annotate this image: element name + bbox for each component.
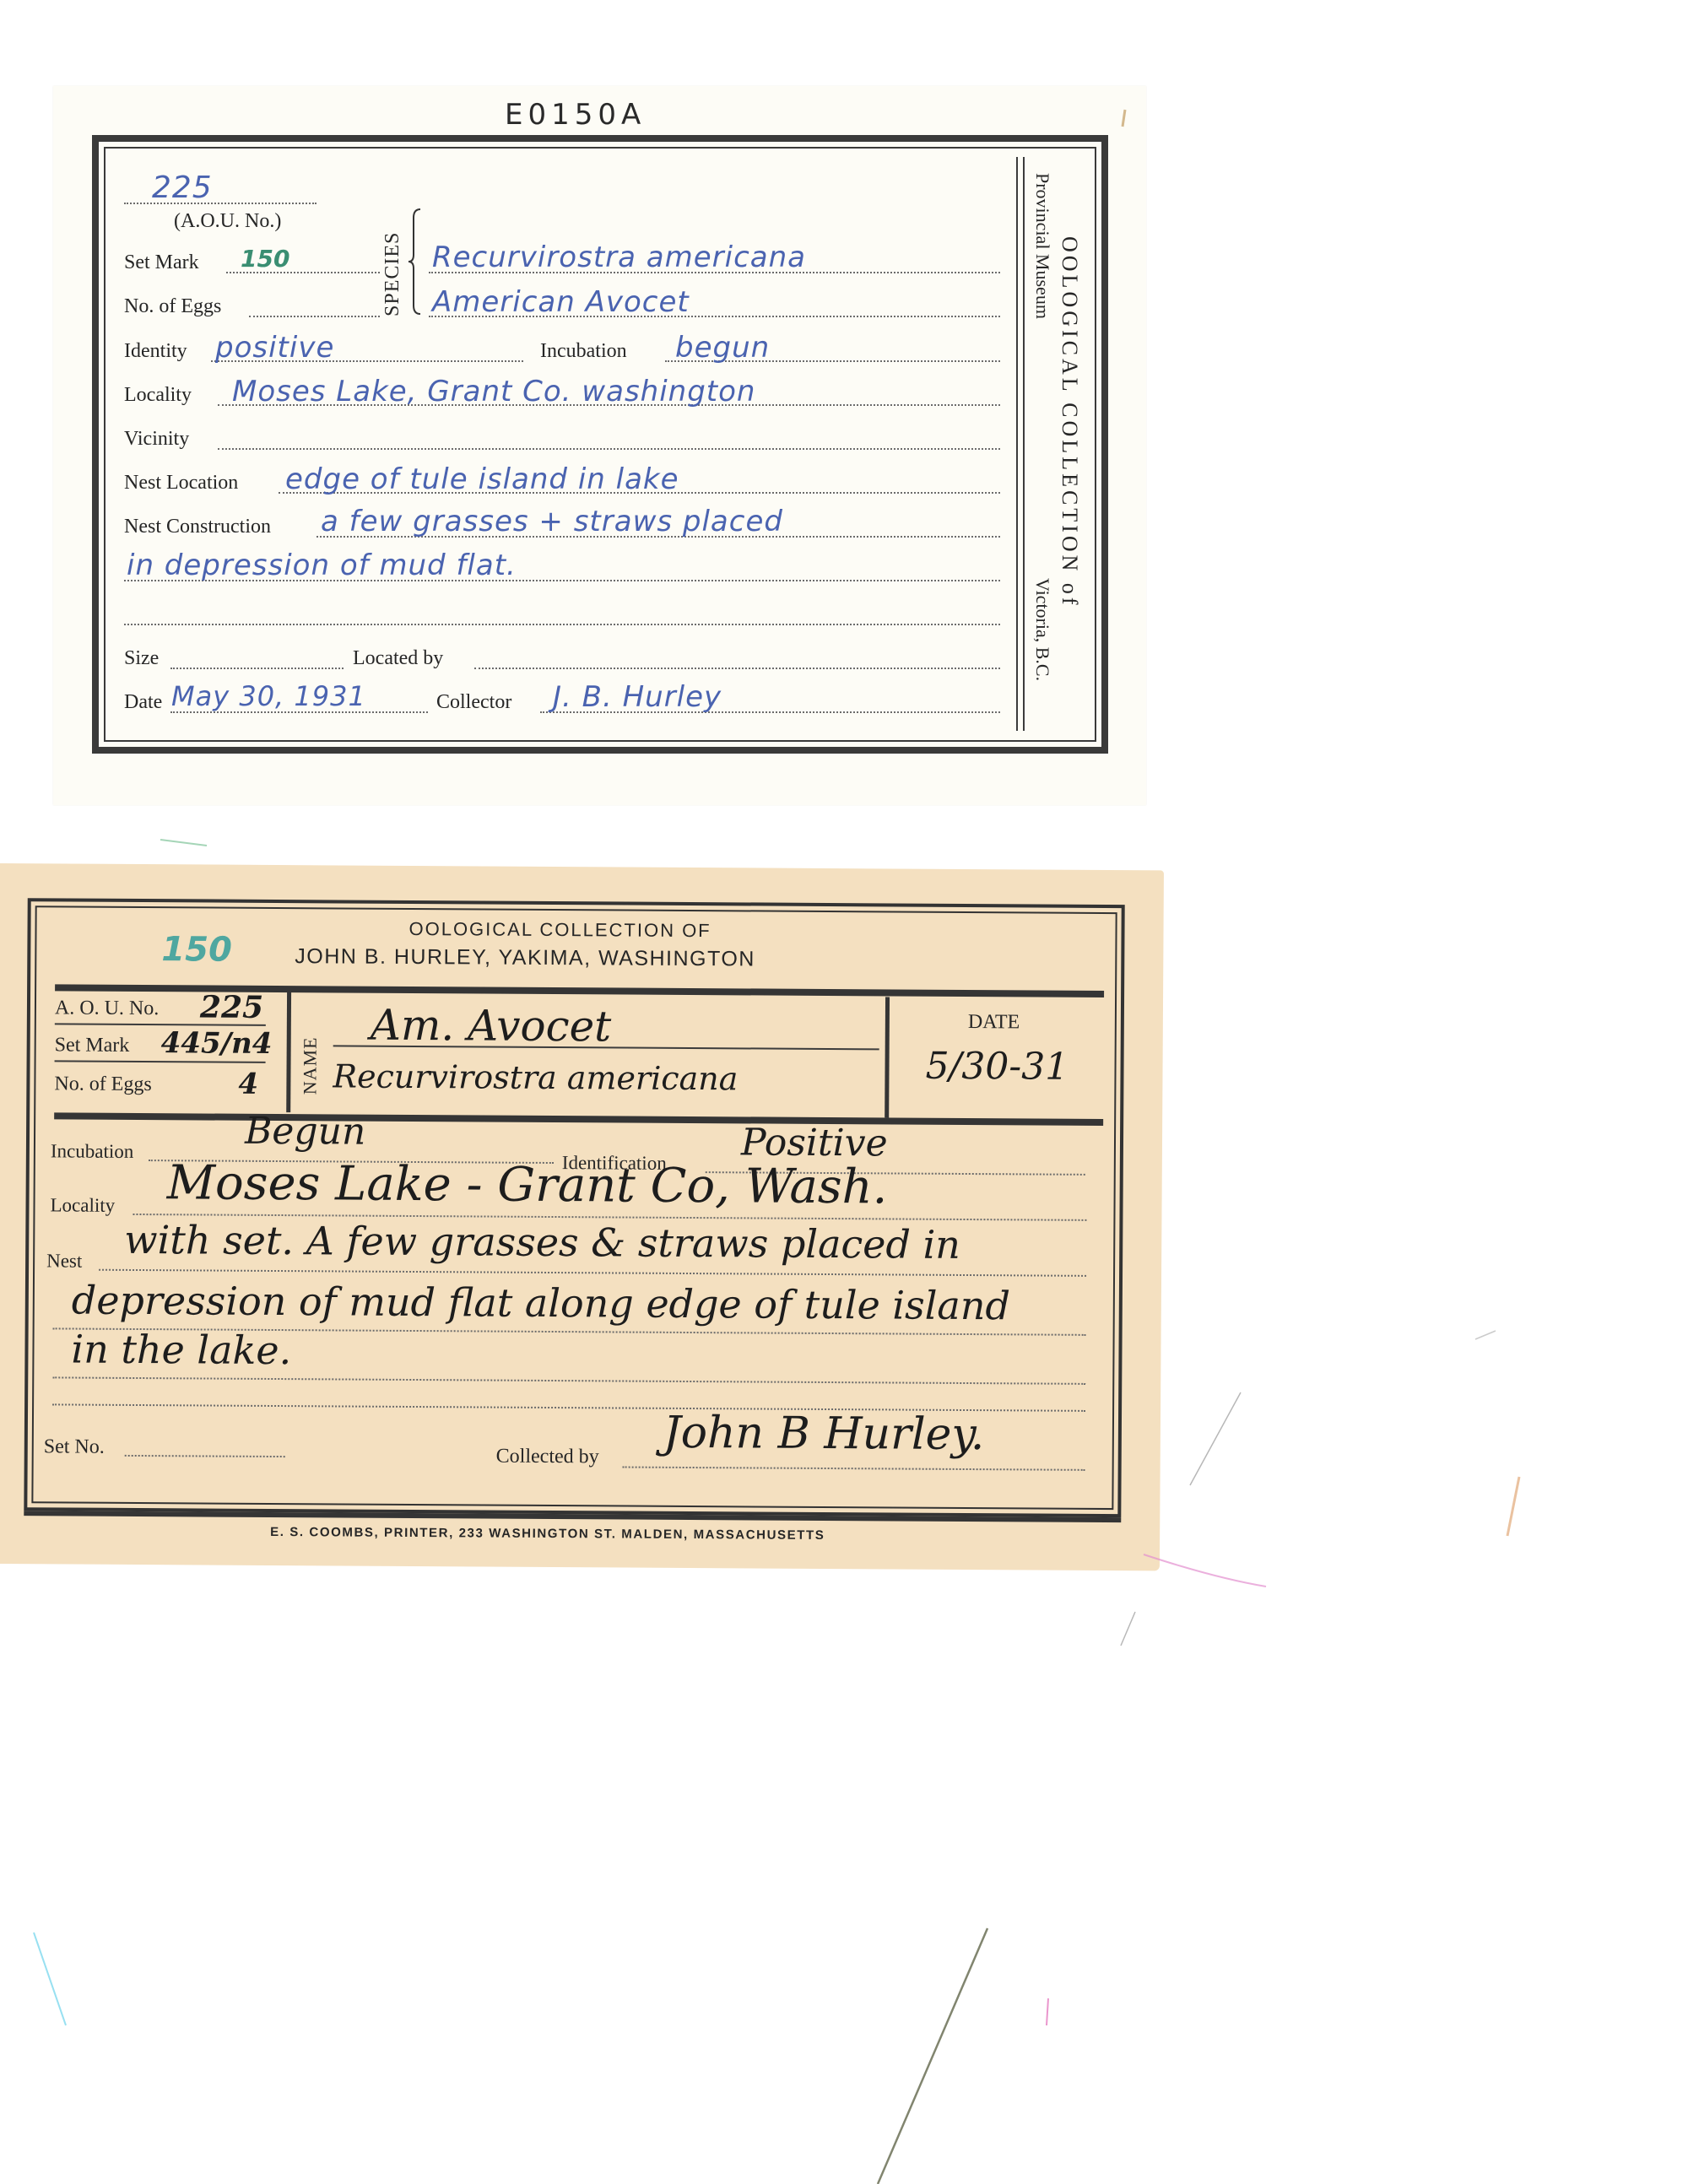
species-common-value: American Avocet (432, 285, 690, 319)
species-brace-icon (407, 208, 424, 316)
card2-nest-value-3: in the lake. (71, 1327, 291, 1374)
set-mark-label: Set Mark (124, 251, 199, 274)
aou-number-field (124, 203, 316, 204)
identity-label: Identity (124, 340, 187, 363)
printer-imprint: E. S. COOMBS, PRINTER, 233 WASHINGTON ST… (270, 1525, 825, 1543)
card2-header-line1: OOLOGICAL COLLECTION OF (408, 918, 711, 942)
hurley-collection-card: 150 OOLOGICAL COLLECTION OF JOHN B. HURL… (0, 863, 1164, 1570)
date-value: May 30, 1931 (171, 680, 366, 712)
card1-side-divider (1016, 157, 1018, 731)
vicinity-field (218, 448, 1000, 450)
card2-nest-value-2: depression of mud flat along edge of tul… (72, 1278, 1010, 1329)
card2-incubation-value: Begun (245, 1110, 366, 1154)
name-scientific-value: Recurvirostra americana (333, 1057, 738, 1097)
locality-value: Moses Lake, Grant Co. washington (232, 375, 755, 408)
card2-set-mark-value: 445/n4 (161, 1026, 273, 1061)
locality-label: Locality (124, 384, 192, 407)
card2-no-of-eggs-value: 4 (238, 1068, 258, 1101)
set-mark-value: 150 (241, 245, 289, 273)
card2-incubation-label: Incubation (51, 1140, 134, 1163)
set-no-label: Set No. (44, 1435, 105, 1458)
card1-side-divider-2 (1023, 157, 1025, 731)
aou-number-value: 225 (152, 170, 213, 205)
card2-date-value: 5/30-31 (925, 1045, 1069, 1089)
species-label: SPECIES (381, 232, 404, 316)
catalog-id: E0150A (505, 98, 646, 132)
located-by-label: Located by (353, 647, 443, 670)
side-title: OOLOGICAL COLLECTION of (1057, 236, 1082, 608)
no-of-eggs-field (249, 316, 380, 317)
left-column-divider (286, 992, 291, 1112)
collector-label: Collector (436, 691, 511, 714)
incubation-label: Incubation (540, 340, 627, 363)
nest-construction-label: Nest Construction (124, 516, 271, 538)
nest-construction-value-2: in depression of mud flat. (127, 549, 517, 582)
card2-set-mark-label: Set Mark (55, 1034, 130, 1057)
date-column-divider (885, 997, 890, 1117)
nest-location-value: edge of tule island in lake (285, 462, 679, 496)
identity-value: positive (215, 331, 334, 365)
species-scientific-value: Recurvirostra americana (432, 241, 806, 274)
card2-locality-value: Moses Lake - Grant Co, Wash. (166, 1155, 887, 1214)
name-common-value: Am. Avocet (371, 1001, 612, 1051)
collected-by-label: Collected by (496, 1446, 599, 1469)
set-number-note: 150 (161, 930, 232, 970)
nest-construction-value-1: a few grasses + straws placed (321, 505, 783, 538)
nest-location-label: Nest Location (124, 472, 238, 495)
no-of-eggs-label: No. of Eggs (124, 295, 221, 318)
side-subtitle-bottom: Victoria, B.C. (1031, 578, 1053, 681)
card2-header-line2: JOHN B. HURLEY, YAKIMA, WASHINGTON (295, 944, 755, 971)
aou-number-label: (A.O.U. No.) (174, 210, 281, 233)
date-label: Date (124, 691, 162, 714)
size-label: Size (124, 647, 159, 670)
card1-inner-frame (104, 147, 1096, 742)
card2-date-label: DATE (968, 1011, 1020, 1034)
vicinity-label: Vicinity (124, 428, 189, 451)
name-label: NAME (299, 1036, 321, 1095)
aou-label: A. O. U. No. (55, 997, 159, 1020)
collected-by-value: John B Hurley. (663, 1408, 985, 1460)
incubation-value: begun (675, 331, 770, 365)
size-field (170, 668, 344, 669)
located-by-field (474, 668, 1000, 669)
side-subtitle-top: Provincial Museum (1031, 173, 1053, 319)
blank-field (124, 624, 1000, 625)
aou-value: 225 (200, 989, 263, 1024)
card2-nest-value-1: with set. A few grasses & straws placed … (124, 1217, 960, 1268)
card2-locality-label: Locality (50, 1194, 115, 1216)
card2-nest-label: Nest (46, 1250, 82, 1272)
card2-no-of-eggs-label: No. of Eggs (54, 1073, 151, 1096)
collector-value: J. B. Hurley (553, 680, 722, 714)
